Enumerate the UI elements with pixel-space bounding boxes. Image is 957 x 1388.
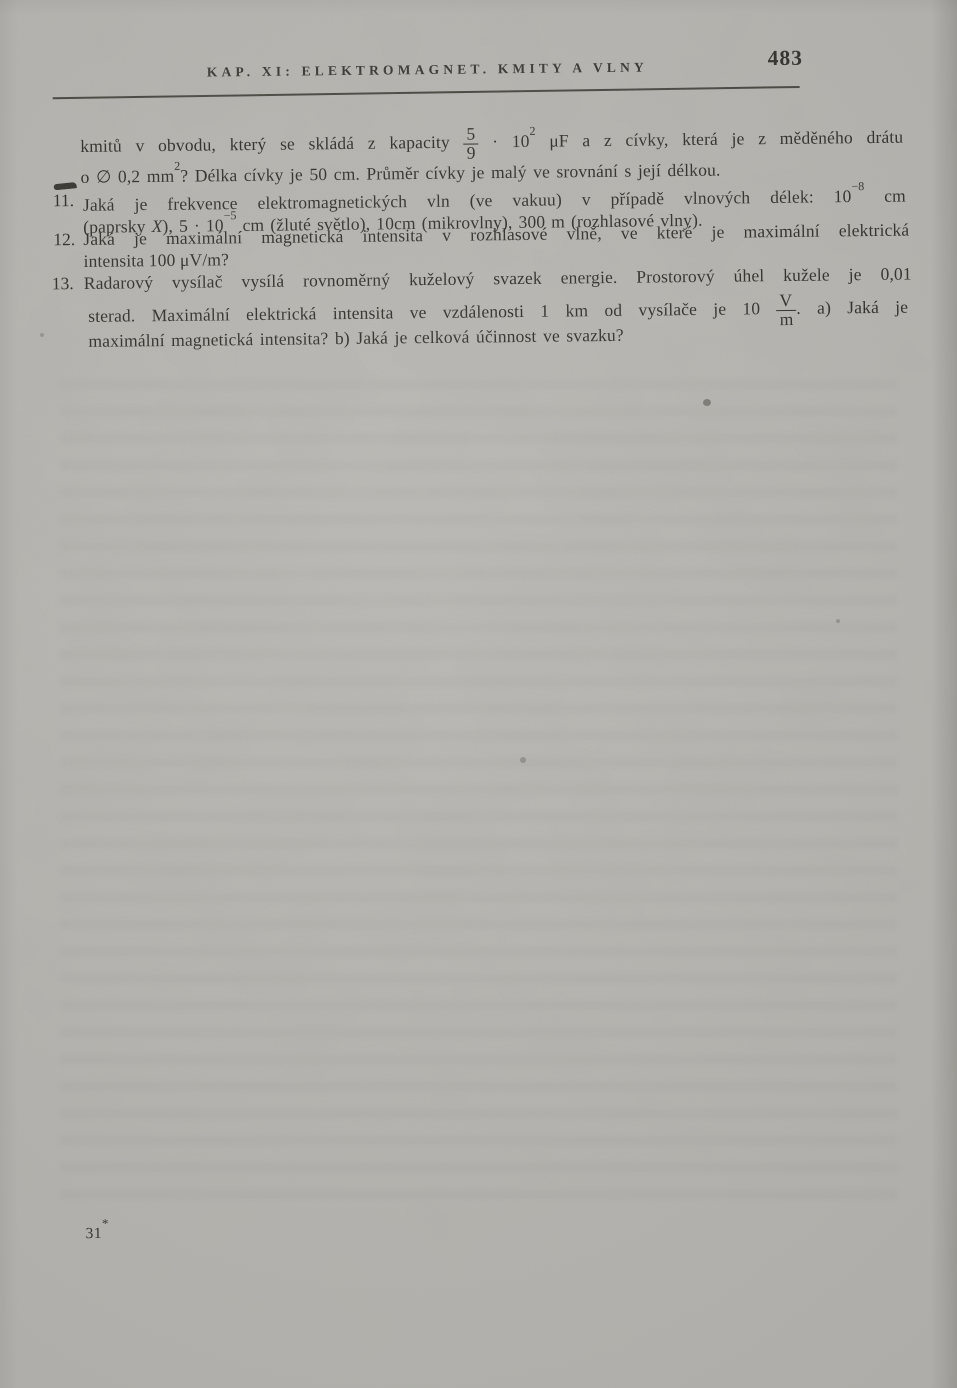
header-rule [53,86,800,99]
problem-text: cm [884,185,906,205]
problem-text: sterad. Maximální elektrická intensita v… [88,298,760,326]
exponent: −5 [224,208,237,222]
page-number: 483 [755,46,815,72]
exponent: −8 [851,179,864,193]
exponent: 2 [174,158,180,172]
fraction-v-m: Vm [776,292,796,329]
fraction-numerator: 5 [463,125,478,143]
problem-13-number: 13. [52,272,86,295]
chapter-heading: KAP. XI: ELEKTROMAGNET. KMITY A VLNY [147,59,707,81]
signature-mark: 31* [85,1220,109,1243]
intro-text: · 10 [492,131,530,151]
fraction-numerator: V [776,292,796,310]
intro-text: kmitů v obvodu, který se skládá z kapaci… [80,132,450,156]
intro-text: o ∅ 0,2 mm [80,166,174,187]
fraction-denominator: m [777,310,797,329]
exponent: 2 [529,124,535,138]
signature-number: 31 [85,1225,102,1242]
intro-text: μF a z cívky, která je z měděného drátu [549,127,903,151]
page-content: KAP. XI: ELEKTROMAGNET. KMITY A VLNY 483… [0,0,957,1388]
scanned-book-page: KAP. XI: ELEKTROMAGNET. KMITY A VLNY 483… [0,0,957,1388]
signature-star: * [102,1216,109,1231]
problem-text: . a) Jaká je [796,297,908,318]
